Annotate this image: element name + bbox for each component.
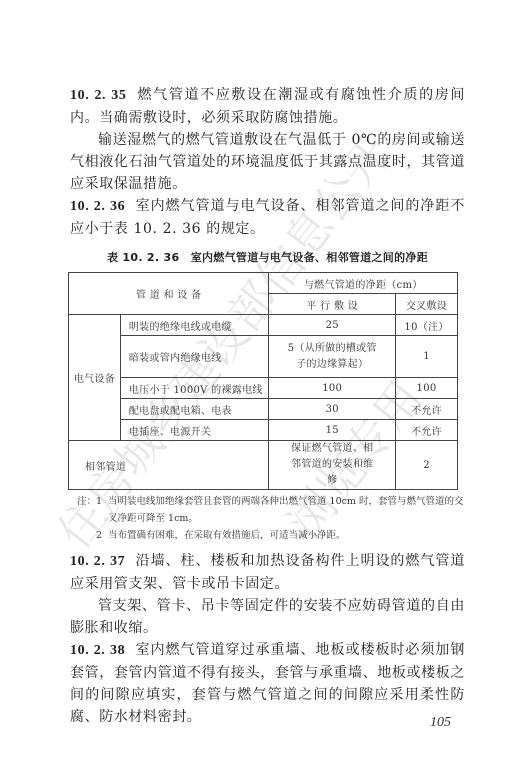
clause-10-2-35: 10. 2. 35燃气管道不应敷设在潮湿或有腐蚀性介质的房间内。当确需敷设时，必… <box>70 84 465 129</box>
clause-text: 沿墙、柱、楼板和加热设备构件上明设的燃气管道应采用管支架、管卡或吊卡固定。 <box>70 553 465 592</box>
header-cross: 交叉敷设 <box>396 294 458 315</box>
table-notes: 注：1 当明装电线加绝缘套管且套管的两端各伸出燃气管道 10cm 时，套管与燃气… <box>70 493 465 544</box>
table-row-item: 配电盘或配电箱、电表 <box>120 399 269 420</box>
note-tag: 2 <box>70 527 108 544</box>
note-text: 当布置确有困难，在采取有效措施后，可适当减小净距。 <box>108 527 465 544</box>
table-row-cross: 1 <box>396 336 458 378</box>
document-page: 10. 2. 35燃气管道不应敷设在潮湿或有腐蚀性介质的房间内。当确需敷设时，必… <box>70 0 465 728</box>
clause-text: 室内燃气管道与电气设备、相邻管道之间的净距不应小于表 10. 2. 36 的规定… <box>70 198 465 237</box>
table-caption: 表 10. 2. 36 室内燃气管道与电气设备、相邻管道之间的净距 <box>70 249 465 265</box>
header-pipes-equipment: 管 道 和 设 备 <box>69 273 269 315</box>
clearance-table: 管 道 和 设 备 与燃气管道的净距（cm） 平 行 敷 设 交叉敷设 电气设备… <box>68 272 458 490</box>
clause-number: 10. 2. 36 <box>70 199 125 214</box>
table-row-adjacent-parallel: 保证燃气管道、相邻管道的安装和维修 <box>269 441 396 490</box>
page-number: 105 <box>430 715 451 731</box>
table-row-parallel: 30 <box>269 399 396 420</box>
table-row-item: 暗装或管内绝缘电线 <box>120 336 269 378</box>
table-row-item: 明装的绝缘电线或电缆 <box>120 315 269 336</box>
table-row-parallel: 25 <box>269 315 396 336</box>
table-row-parallel: 100 <box>269 378 396 399</box>
clause-text: 室内燃气管道穿过承重墙、地板或楼板时必须加钢套管，套管内管道不得有接头，套管与承… <box>70 642 465 725</box>
clause-10-2-37: 10. 2. 37沿墙、柱、楼板和加热设备构件上明设的燃气管道应采用管支架、管卡… <box>70 550 465 595</box>
table-row-adjacent-cross: 2 <box>396 441 458 490</box>
clause-number: 10. 2. 37 <box>70 554 125 569</box>
table-row-item: 电压小于 1000V 的裸露电线 <box>120 378 269 399</box>
table-row-cross: 不允许 <box>396 399 458 420</box>
header-clearance: 与燃气管道的净距（cm） <box>269 273 458 294</box>
table-row-item: 电插座、电源开关 <box>120 420 269 441</box>
note-1: 注：1 当明装电线加绝缘套管且套管的两端各伸出燃气管道 10cm 时，套管与燃气… <box>70 493 465 527</box>
table-row-parallel: 15 <box>269 420 396 441</box>
note-tag: 注：1 <box>70 493 108 527</box>
table-row-cross: 10（注） <box>396 315 458 336</box>
clause-10-2-36: 10. 2. 36室内燃气管道与电气设备、相邻管道之间的净距不应小于表 10. … <box>70 195 465 240</box>
clause-number: 10. 2. 35 <box>70 88 127 103</box>
table-row-parallel: 5（从所做的槽或管子的边缘算起） <box>269 336 396 378</box>
clause-10-2-38: 10. 2. 38室内燃气管道穿过承重墙、地板或楼板时必须加钢套管，套管内管道不… <box>70 639 465 728</box>
note-text: 当明装电线加绝缘套管且套管的两端各伸出燃气管道 10cm 时，套管与燃气管道的交… <box>108 493 465 527</box>
header-parallel: 平 行 敷 设 <box>269 294 396 315</box>
group-electrical: 电气设备 <box>69 315 121 441</box>
note-2: 2 当布置确有困难，在采取有效措施后，可适当减小净距。 <box>70 527 465 544</box>
clause-text: 燃气管道不应敷设在潮湿或有腐蚀性介质的房间内。当确需敷设时，必须采取防腐蚀措施。 <box>70 87 465 126</box>
clause-number: 10. 2. 38 <box>70 643 125 658</box>
clause-10-2-35-para: 输送湿燃气的燃气管道敷设在气温低于 0℃的房间或输送气相液化石油气管道处的环境温… <box>70 129 465 195</box>
table-row-adjacent-item: 相邻管道 <box>69 441 269 490</box>
clause-10-2-37-para: 管支架、管卡、吊卡等固定件的安装不应妨碍管道的自由膨胀和收缩。 <box>70 595 465 639</box>
table-row-cross: 100 <box>396 378 458 399</box>
table-row-cross: 不允许 <box>396 420 458 441</box>
